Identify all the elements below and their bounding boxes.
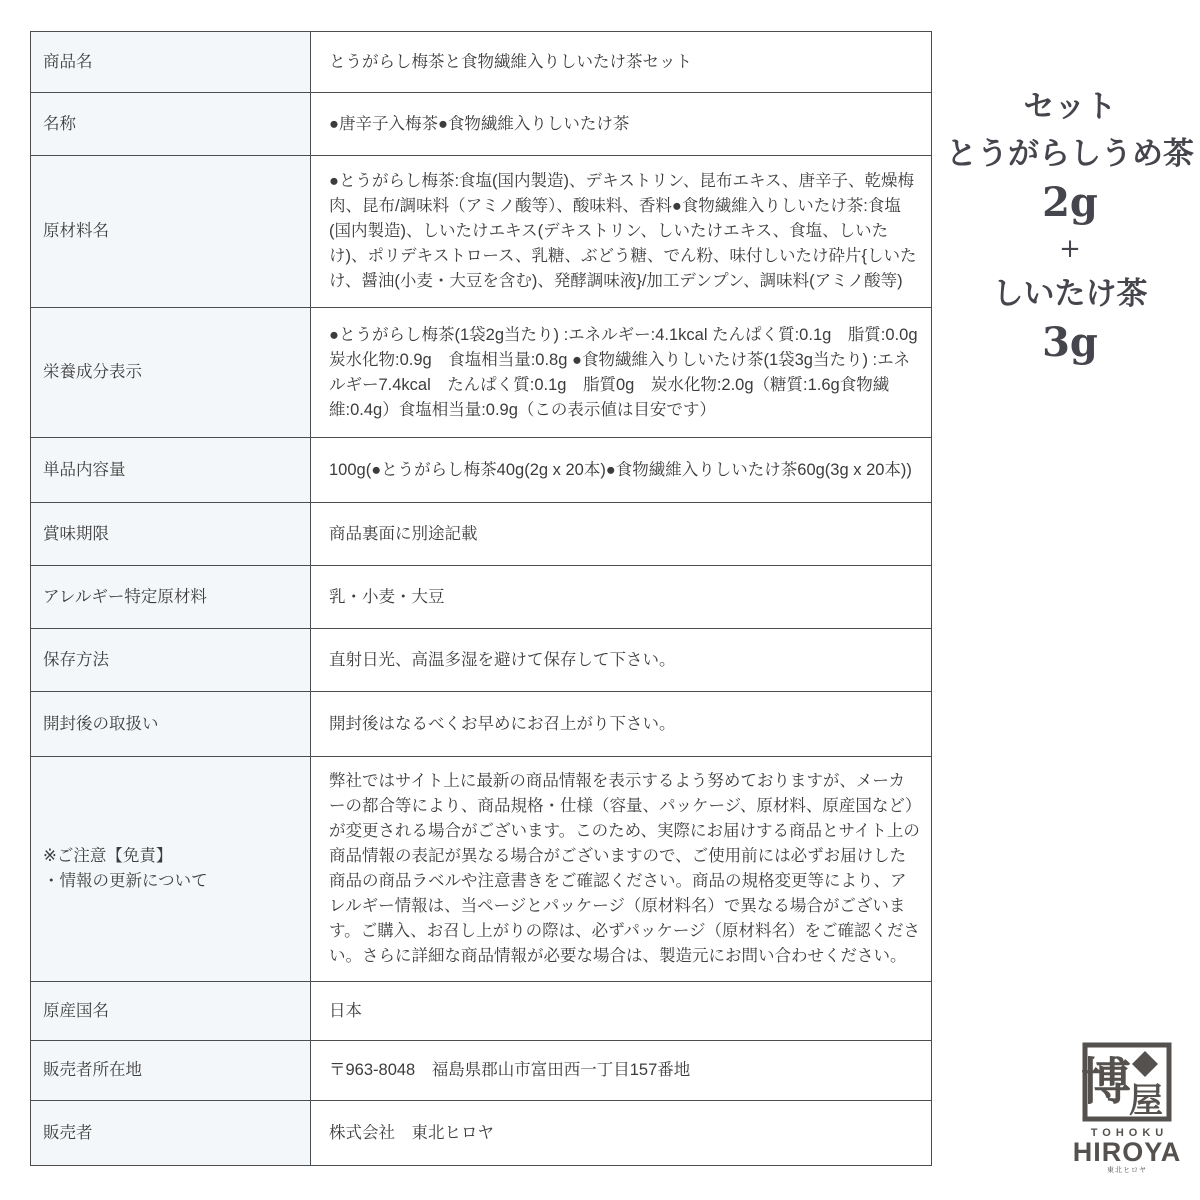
row-label: 栄養成分表示 [31,308,311,438]
table-row: 名称●唐辛子入梅茶●食物繊維入りしいたけ茶 [31,93,932,156]
row-value: 乳・小麦・大豆 [311,566,932,629]
row-value: ●唐辛子入梅茶●食物繊維入りしいたけ茶 [311,93,932,156]
row-label: 単品内容量 [31,438,311,503]
table-row: 販売者所在地〒963-8048 福島県郡山市富田西一丁目157番地 [31,1041,932,1101]
row-label: 商品名 [31,32,311,93]
row-label: 販売者所在地 [31,1041,311,1101]
table-row: 単品内容量100g(●とうがらし梅茶40g(2g x 20本)●食物繊維入りしい… [31,438,932,503]
set-note-weight: 2g [942,178,1198,227]
row-label: 開封後の取扱い [31,692,311,757]
table-row: 原材料名●とうがらし梅茶:食塩(国内製造)、デキストリン、昆布エキス、唐辛子、乾… [31,156,932,308]
diamond-icon [1132,1051,1158,1077]
set-contents-note: セット とうがらしうめ茶 2g + しいたけ茶 3g [942,84,1198,367]
tohoku-hiroya-logo: 博 屋 TOHOKU HIROYA 東北ヒロヤ [1060,1042,1194,1175]
product-spec-page: 商品名とうがらし梅茶と食物繊維入りしいたけ茶セット名称●唐辛子入梅茶●食物繊維入… [0,0,1200,1200]
table-row: 栄養成分表示●とうがらし梅茶(1袋2g当たり) :エネルギー:4.1kcal た… [31,308,932,438]
row-label: ※ご注意【免責】 ・情報の更新について [31,757,311,982]
row-value: ●とうがらし梅茶(1袋2g当たり) :エネルギー:4.1kcal たんぱく質:0… [311,308,932,438]
table-row: 原産国名日本 [31,982,932,1041]
row-label: 保存方法 [31,629,311,692]
set-note-line: とうがらしうめ茶 [942,131,1198,178]
row-value: 株式会社 東北ヒロヤ [311,1101,932,1166]
set-note-line: セット [942,84,1198,131]
table-row: 賞味期限商品裏面に別途記載 [31,503,932,566]
set-note-line: しいたけ茶 [942,271,1198,318]
table-row: 開封後の取扱い開封後はなるべくお早めにお召上がり下さい。 [31,692,932,757]
row-value: 100g(●とうがらし梅茶40g(2g x 20本)●食物繊維入りしいたけ茶60… [311,438,932,503]
row-value: とうがらし梅茶と食物繊維入りしいたけ茶セット [311,32,932,93]
product-spec-table: 商品名とうがらし梅茶と食物繊維入りしいたけ茶セット名称●唐辛子入梅茶●食物繊維入… [30,31,932,1166]
row-value: 開封後はなるべくお早めにお召上がり下さい。 [311,692,932,757]
row-value: 〒963-8048 福島県郡山市富田西一丁目157番地 [311,1041,932,1101]
row-label: 原材料名 [31,156,311,308]
table-row: アレルギー特定原材料乳・小麦・大豆 [31,566,932,629]
table-row: 販売者株式会社 東北ヒロヤ [31,1101,932,1166]
row-value: 商品裏面に別途記載 [311,503,932,566]
table-row: ※ご注意【免責】 ・情報の更新について弊社ではサイト上に最新の商品情報を表示する… [31,757,932,982]
hiroya-seal-icon: 博 屋 [1082,1042,1172,1122]
table-row: 商品名とうがらし梅茶と食物繊維入りしいたけ茶セット [31,32,932,93]
table-row: 保存方法直射日光、高温多湿を避けて保存して下さい。 [31,629,932,692]
row-value: 日本 [311,982,932,1041]
row-label: 原産国名 [31,982,311,1041]
row-label: 販売者 [31,1101,311,1166]
seal-kanji-ya: 屋 [1129,1082,1163,1120]
logo-hiroya-text: HIROYA [1060,1139,1194,1165]
row-value: ●とうがらし梅茶:食塩(国内製造)、デキストリン、昆布エキス、唐辛子、乾燥梅肉、… [311,156,932,308]
row-value: 弊社ではサイト上に最新の商品情報を表示するよう努めておりますが、メーカーの都合等… [311,757,932,982]
set-note-weight: 3g [942,318,1198,367]
seal-kanji-haku: 博 [1082,1054,1131,1110]
row-label: アレルギー特定原材料 [31,566,311,629]
row-label: 賞味期限 [31,503,311,566]
row-label: 名称 [31,93,311,156]
row-value: 直射日光、高温多湿を避けて保存して下さい。 [311,629,932,692]
spec-table-body: 商品名とうがらし梅茶と食物繊維入りしいたけ茶セット名称●唐辛子入梅茶●食物繊維入… [31,32,932,1166]
plus-sign: + [942,227,1198,271]
